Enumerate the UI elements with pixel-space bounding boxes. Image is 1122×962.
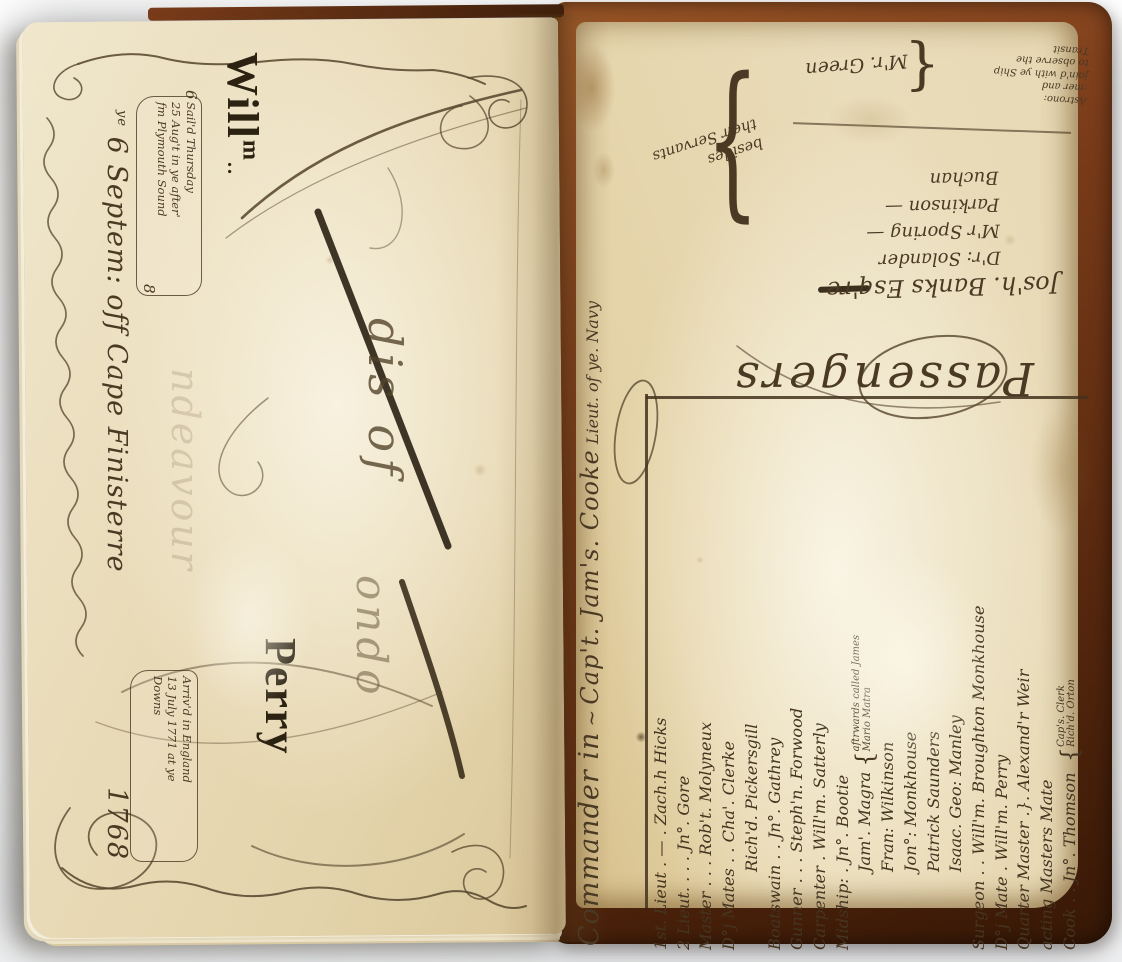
owner-first-name: Willm.. xyxy=(196,52,268,252)
crew-row: Cook . . Jn°. Thomson {Cap's. ClerkRich'… xyxy=(1059,402,1082,950)
crew-row: Master . . . Rob't. Molyneux xyxy=(695,402,718,950)
crew-row-text: Master . . . Rob't. Molyneux xyxy=(696,722,715,950)
crew-row-text: Gunner . . . Steph'n. Forwood xyxy=(787,708,806,950)
passengers-title: Passengers xyxy=(731,352,1034,406)
crew-row-text: Jam'. Magra xyxy=(855,767,874,872)
crew-list: 1st. Lieut . — . Zach.h Hicks2 Lieut. . … xyxy=(650,402,1088,950)
calligraphy-fragment-lower: ondo xyxy=(296,575,396,835)
arrived-note-line: Downs xyxy=(151,676,166,856)
crew-row: Jon°: Monkhouse xyxy=(900,402,923,950)
crew-row-text: Boatswain . . Jn°. Gathrey xyxy=(765,738,784,950)
crew-row-text: Cook . . Jn°. Thomson xyxy=(1060,762,1079,950)
crew-row: D°j Mates . . Cha'. Clerke xyxy=(718,402,741,950)
crew-row-text: 1st. Lieut . — . Zach.h Hicks xyxy=(651,718,670,950)
crew-row: Boatswain . . Jn°. Gathrey xyxy=(764,402,787,950)
crew-row: Fran: Wilkinson xyxy=(877,402,900,950)
sailed-note: Sail'd Thursday 25 Aug't in ye after' fm… xyxy=(138,96,202,284)
crew-row-text: 2 Lieut. . . . Jn°. Gore xyxy=(674,776,693,950)
crew-note-brace: { xyxy=(851,751,879,766)
crew-row: Rich'd. Pickersgill xyxy=(741,402,764,950)
calligraphy-fragment-upper: dis of xyxy=(262,318,412,588)
crew-row-text: Patrick Saunders xyxy=(924,731,943,872)
arrived-note-line: 13 July 1771 at ye xyxy=(165,676,180,856)
commander-title: Lieut. of ye. Navy xyxy=(583,301,602,444)
manuscript-photo: Willm.. Sail'd Thursday 25 Aug't in ye a… xyxy=(0,0,1122,962)
commander-flourish: ~ xyxy=(579,710,603,727)
crew-row-text: D°j Mates . . Cha'. Clerke xyxy=(719,741,738,950)
crew-row-text: acting Masters Mate xyxy=(1037,780,1056,950)
owner-last-name: Perry xyxy=(230,638,306,850)
owner-first-name-suffix: .. xyxy=(223,162,245,176)
crew-row: Jam'. Magra {aftrwards called JamesMario… xyxy=(854,402,877,950)
mark-eight: 8 xyxy=(140,284,158,308)
crew-row: Isaac. Geo: Manley xyxy=(945,402,968,950)
crew-row-text: Rich'd. Pickersgill xyxy=(742,724,761,872)
crew-row-text: D°j Mate . Will'm. Perry xyxy=(992,755,1011,950)
crew-row-text: Quarter Master .}. Alexand'r Weir xyxy=(1014,670,1033,950)
crew-row: acting Masters Mate xyxy=(1036,402,1059,950)
crew-row-text: Surgeon . . Will'm. Broughton Monkhouse xyxy=(969,605,988,950)
sailed-note-line: Sail'd Thursday xyxy=(184,102,199,290)
crew-row-text: Isaac. Geo: Manley xyxy=(946,715,965,872)
crew-row: 2 Lieut. . . . Jn°. Gore xyxy=(673,402,696,950)
commander-captain: Cap't. Jam's. Cooke xyxy=(576,449,604,704)
commander-lead: Commander in xyxy=(574,732,605,946)
passenger-names: Jos'h. Banks Esq'reD'r: SolanderM'r Spor… xyxy=(756,162,1060,308)
crew-row: 1st. Lieut . — . Zach.h Hicks xyxy=(650,402,673,950)
crew-row: Surgeon . . Will'm. Broughton Monkhouse xyxy=(968,402,991,950)
passengers-section: Passengers Jos'h. Banks Esq'reD'r: Solan… xyxy=(650,20,1092,398)
owner-first-name-sup: m xyxy=(238,140,265,162)
crew-row-text: Jon°: Monkhouse xyxy=(901,732,920,872)
crew-row-text: Fran: Wilkinson xyxy=(878,742,897,872)
sailed-note-line: fm Plymouth Sound xyxy=(155,102,170,290)
green-brace: { xyxy=(904,35,940,100)
sailed-note-line: 25 Aug't in ye after' xyxy=(169,102,184,290)
astronomer-note: Astrono::mer andjoin'd with ye Shipto ob… xyxy=(936,36,1089,106)
crew-row-text: Midship: . Jn°. Bootie xyxy=(833,775,852,950)
arrived-note: Arriv'd in England 13 July 1771 at ye Do… xyxy=(128,670,198,850)
crew-note: aftrwards called JamesMario Matra xyxy=(852,635,873,751)
crew-row: Carpenter . Will'm. Satterly xyxy=(809,402,832,950)
arrived-note-line: Arriv'd in England xyxy=(180,676,195,856)
crew-note: Cap's. ClerkRich'd. Orton xyxy=(1057,679,1078,747)
crew-note-brace: { xyxy=(1056,747,1084,762)
commander-line: Commander in ~ Cap't. Jam's. Cooke Lieut… xyxy=(574,390,648,946)
crew-row: Patrick Saunders xyxy=(923,402,946,950)
crew-row: Quarter Master .}. Alexand'r Weir xyxy=(1013,402,1036,950)
crew-row-text: Carpenter . Will'm. Satterly xyxy=(810,723,829,950)
green-name: M'r. Green xyxy=(804,50,908,81)
crew-row: D°j Mate . Will'm. Perry xyxy=(991,402,1014,950)
crew-row: Gunner . . . Steph'n. Forwood xyxy=(786,402,809,950)
mark-six: 6 xyxy=(182,90,200,114)
owner-first-name-text: Will xyxy=(218,52,267,140)
